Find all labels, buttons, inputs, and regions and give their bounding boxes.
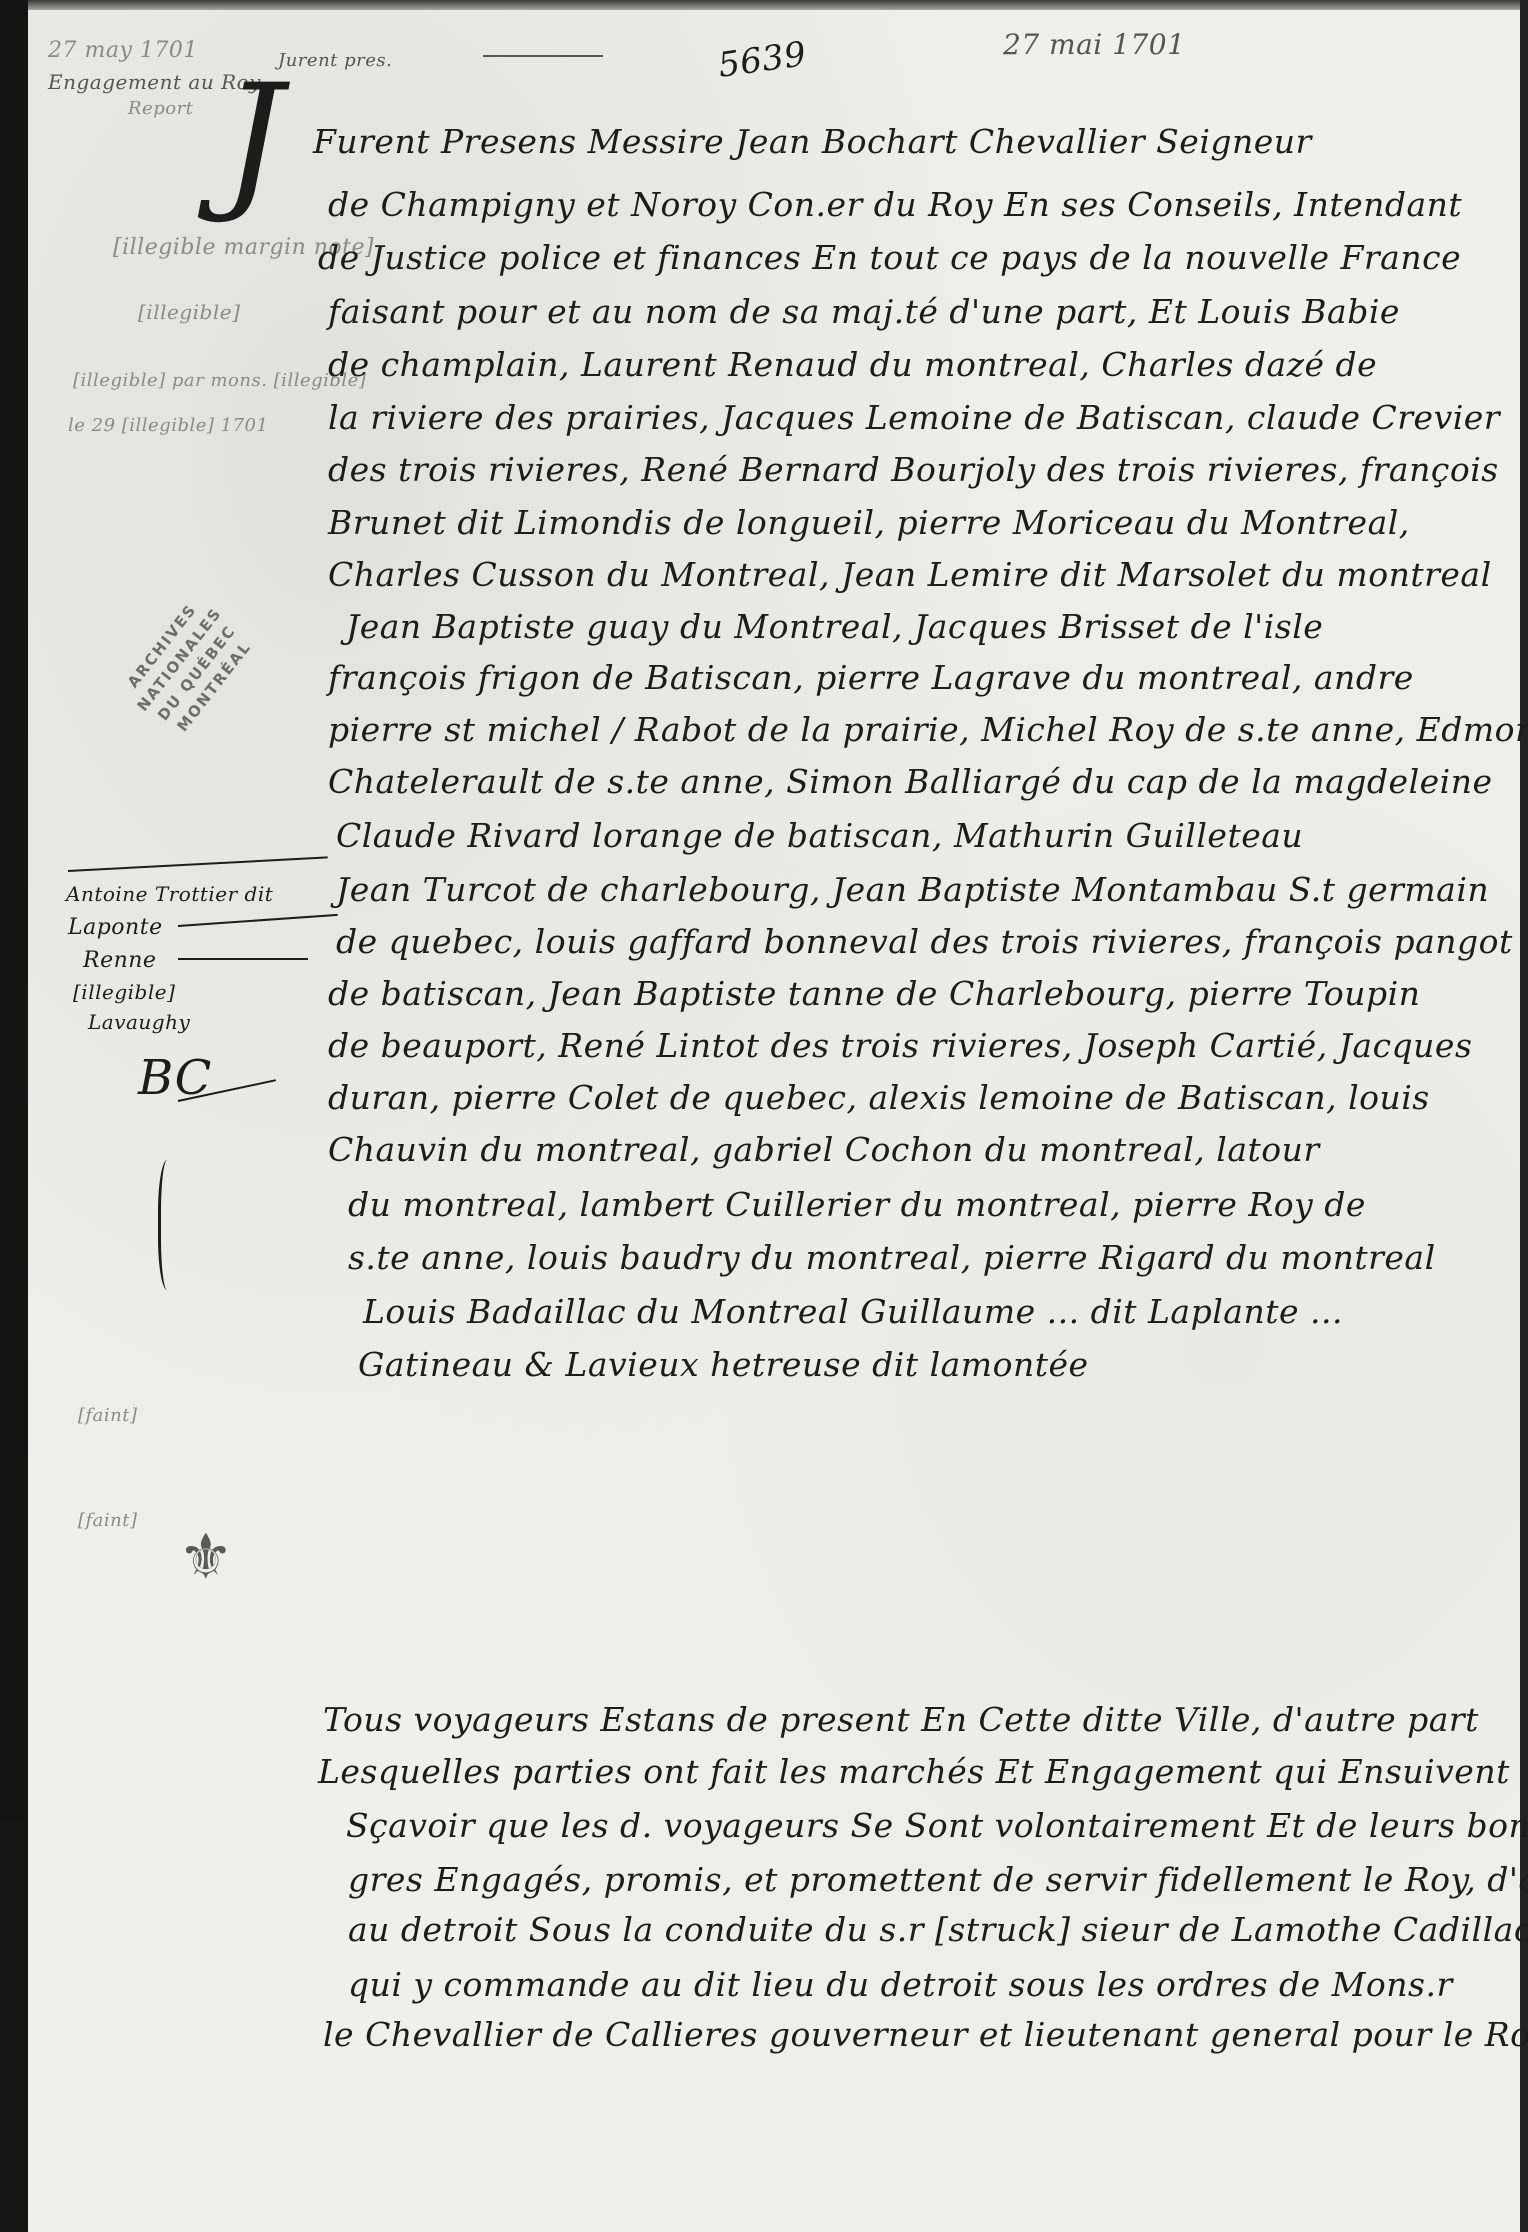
body-line-1: Furent Presens Messire Jean Bochart Chev… [313,122,1312,161]
margin-faint-2: [faint] [78,1510,138,1531]
archives-stamp: ARCHIVES NATIONALES DU QUÉBEC MONTRÉAL [98,568,278,764]
fleur-de-lis-icon: ⚜ [178,1520,234,1593]
body-line-18: de beauport, René Lintot des trois rivie… [328,1026,1472,1065]
body-line-9: Charles Cusson du Montreal, Jean Lemire … [328,555,1492,594]
reference-number: 5639 [716,34,809,86]
body-line-8: Brunet dit Limondis de longueil, pierre … [328,503,1410,542]
margin-note-3: [illegible] par mons. [illegible] [73,370,366,391]
body-line-2: de Champigny et Noroy Con.er du Roy En s… [328,185,1462,224]
body-line-12: pierre st michel / Rabot de la prairie, … [328,710,1528,749]
body-line-15: Jean Turcot de charlebourg, Jean Baptist… [336,870,1489,909]
body-line-4: faisant pour et au nom de sa maj.té d'un… [328,292,1400,331]
body-line-24: Gatineau & Lavieux hetreuse dit lamontée [358,1345,1089,1384]
margin-note-4: le 29 [illegible] 1701 [68,415,268,436]
body-line-16: de quebec, louis gaffard bonneval des tr… [336,922,1513,961]
body-line-6: la riviere des prairies, Jacques Lemoine… [328,398,1500,437]
body-line-3: de Justice police et finances En tout ce… [318,238,1461,277]
margin-note-laponte: Laponte [68,915,163,940]
margin-bracket-rule-1 [68,856,328,872]
body-line-11: françois frigon de Batiscan, pierre Lagr… [328,658,1414,697]
body2-line-7: le Chevallier de Callieres gouverneur et… [323,2015,1528,2054]
header-rule [483,55,603,57]
margin-note-illegible: [illegible] [73,980,175,1004]
body-line-17: de batiscan, Jean Baptiste tanne de Char… [328,974,1420,1013]
body2-line-5: au detroit Sous la conduite du s.r [stru… [348,1910,1528,1949]
margin-faint-1: [faint] [78,1405,138,1426]
margin-note-antoine: Antoine Trottier dit [66,882,273,906]
top-left-note-report: Report [128,98,193,119]
body2-line-6: qui y commande au dit lieu du detroit so… [348,1965,1453,2004]
margin-initials-bc: BC [138,1050,212,1106]
top-left-note-date: 27 may 1701 [48,38,198,63]
body-line-7: des trois rivieres, René Bernard Bourjol… [328,450,1499,489]
body-line-13: Chatelerault de s.te anne, Simon Balliar… [328,762,1493,801]
body-line-19: duran, pierre Colet de quebec, alexis le… [328,1078,1430,1117]
body2-line-4: gres Engagés, promis, et promettent de s… [348,1860,1528,1899]
body2-line-3: Sçavoir que les d. voyageurs Se Sont vol… [346,1806,1528,1845]
body-line-14: Claude Rivard lorange de batiscan, Mathu… [336,816,1303,855]
document-page: 27 may 1701 Engagement au Roy Report Jur… [28,10,1520,2232]
margin-note-lavaughy: Lavaughy [88,1010,190,1034]
body-line-5: de champlain, Laurent Renaud du montreal… [328,345,1377,384]
margin-note-2: [illegible] [138,300,240,324]
margin-signature-stroke [158,1160,181,1290]
date-right: 27 mai 1701 [1003,28,1185,61]
body-line-10: Jean Baptiste guay du Montreal, Jacques … [346,607,1323,646]
margin-bracket-rule-3 [178,958,308,960]
margin-bracket-rule-2 [178,914,338,927]
body-line-21: du montreal, lambert Cuillerier du montr… [348,1185,1366,1224]
decorative-initial-j: J [223,65,283,215]
body2-line-1: Tous voyageurs Estans de present En Cett… [323,1700,1479,1739]
body-line-20: Chauvin du montreal, gabriel Cochon du m… [328,1130,1320,1169]
body-line-23: Louis Badaillac du Montreal Guillaume ..… [363,1292,1343,1331]
body2-line-2: Lesquelles parties ont fait les marchés … [318,1752,1510,1791]
margin-note-renne: Renne [83,948,156,973]
body-line-22: s.te anne, louis baudry du montreal, pie… [348,1238,1436,1277]
superscript-note: Jurent pres. [278,50,392,71]
